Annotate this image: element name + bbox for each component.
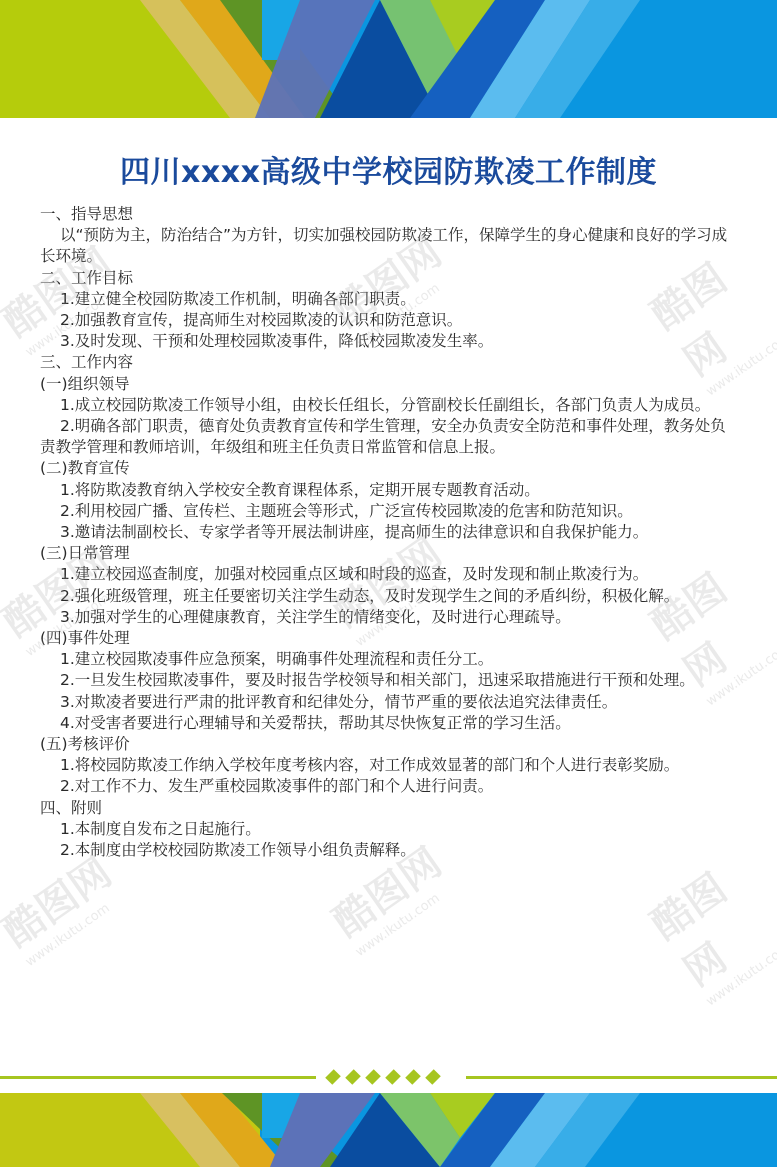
footer-divider <box>0 1073 777 1083</box>
diamond-ornaments <box>326 1070 440 1084</box>
list-item: 1.建立健全校园防欺凌工作机制，明确各部门职责。 <box>40 289 740 310</box>
divider-line-left <box>0 1076 316 1079</box>
watermark: 酷图网www.ikutu.com <box>638 840 777 1010</box>
list-item: 4.对受害者要进行心理辅导和关爱帮扶，帮助其尽快恢复正常的学习生活。 <box>40 713 740 734</box>
list-item: 3.加强对学生的心理健康教育，关注学生的情绪变化，及时进行心理疏导。 <box>40 607 740 628</box>
list-item: 1.将防欺凌教育纳入学校安全教育课程体系，定期开展专题教育活动。 <box>40 480 740 501</box>
diamond-icon <box>325 1069 341 1085</box>
diamond-icon <box>385 1069 401 1085</box>
list-item: 1.将校园防欺凌工作纳入学校年度考核内容，对工作成效显著的部门和个人进行表彰奖励… <box>40 755 740 776</box>
list-item: 2.对工作不力、发生严重校园欺凌事件的部门和个人进行问责。 <box>40 776 740 797</box>
list-item: 3.对欺凌者要进行严肃的批评教育和纪律处分，情节严重的要依法追究法律责任。 <box>40 692 740 713</box>
list-item: 2.本制度由学校校园防欺凌工作领导小组负责解释。 <box>40 840 740 861</box>
diamond-icon <box>425 1069 441 1085</box>
diamond-icon <box>405 1069 421 1085</box>
diamond-icon <box>365 1069 381 1085</box>
list-item: 2.一旦发生校园欺凌事件，要及时报告学校领导和相关部门，迅速采取措施进行干预和处… <box>40 670 740 691</box>
paragraph-guiding-principle: 以“预防为主，防治结合”为方针，切实加强校园防欺凌工作，保障学生的身心健康和良好… <box>40 225 740 267</box>
section-heading-goals: 二、工作目标 <box>40 268 740 289</box>
list-item: 2.加强教育宣传，提高师生对校园欺凌的认识和防范意识。 <box>40 310 740 331</box>
list-item: 1.成立校园防欺凌工作领导小组，由校长任组长，分管副校长任副组长，各部门负责人为… <box>40 395 740 416</box>
subsection-heading-daily-management: (三)日常管理 <box>40 543 740 564</box>
list-item: 2.明确各部门职责，德育处负责教育宣传和学生管理，安全办负责安全防范和事件处理，… <box>40 416 740 458</box>
subsection-heading-evaluation: (五)考核评价 <box>40 734 740 755</box>
list-item: 1.建立校园欺凌事件应急预案，明确事件处理流程和责任分工。 <box>40 649 740 670</box>
list-item: 1.本制度自发布之日起施行。 <box>40 819 740 840</box>
banner-stripes-graphic <box>0 1093 777 1167</box>
page-title: 四川xxxx高级中学校园防欺凌工作制度 <box>0 147 777 191</box>
list-item: 2.强化班级管理，班主任要密切关注学生动态，及时发现学生之间的矛盾纠纷，积极化解… <box>40 586 740 607</box>
list-item: 1.建立校园巡查制度，加强对校园重点区域和时段的巡查，及时发现和制止欺凌行为。 <box>40 564 740 585</box>
section-heading-supplementary: 四、附则 <box>40 798 740 819</box>
document-body: 一、指导思想 以“预防为主，防治结合”为方针，切实加强校园防欺凌工作，保障学生的… <box>40 204 740 861</box>
bottom-decorative-banner <box>0 1093 777 1167</box>
subsection-heading-organization: (一)组织领导 <box>40 374 740 395</box>
top-decorative-banner <box>0 0 777 118</box>
list-item: 3.邀请法制副校长、专家学者等开展法制讲座，提高师生的法律意识和自我保护能力。 <box>40 522 740 543</box>
section-heading-work-content: 三、工作内容 <box>40 352 740 373</box>
list-item: 3.及时发现、干预和处理校园欺凌事件，降低校园欺凌发生率。 <box>40 331 740 352</box>
section-heading-guiding-principle: 一、指导思想 <box>40 204 740 225</box>
subsection-heading-education: (二)教育宣传 <box>40 458 740 479</box>
diamond-icon <box>345 1069 361 1085</box>
list-item: 2.利用校园广播、宣传栏、主题班会等形式，广泛宣传校园欺凌的危害和防范知识。 <box>40 501 740 522</box>
subsection-heading-incident-handling: (四)事件处理 <box>40 628 740 649</box>
divider-line-right <box>466 1076 777 1079</box>
banner-stripes-graphic <box>0 0 777 118</box>
